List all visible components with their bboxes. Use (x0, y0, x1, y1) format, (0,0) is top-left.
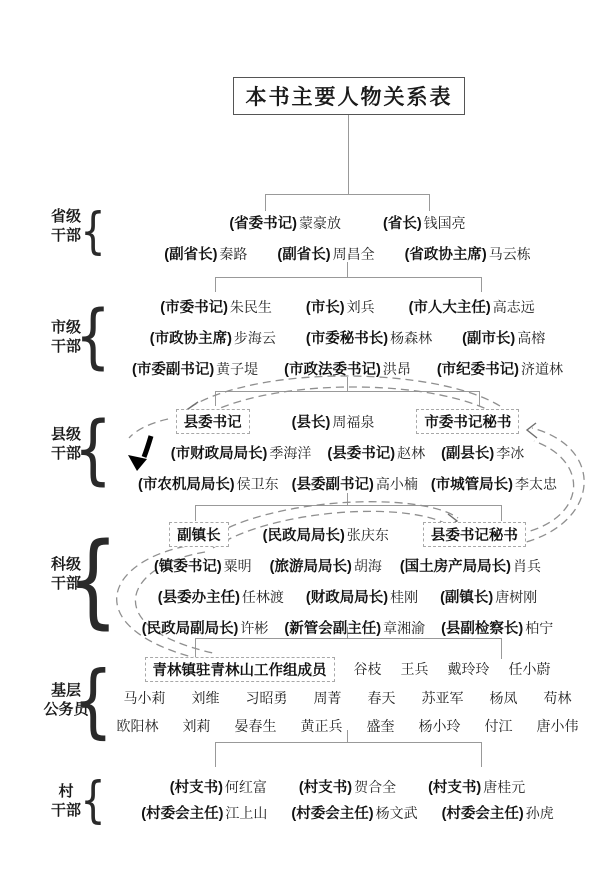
person-name: 章湘渝 (381, 618, 425, 638)
people-row: (副省长)秦路 (副省长)周昌全 (省政协主席)马云栋 (110, 242, 585, 264)
person: (市城管局长)李太忠 (431, 473, 557, 494)
person-role: (市委副书记) (132, 358, 214, 379)
person-name: 济道林 (519, 359, 563, 379)
person: (市委秘书长)杨森林 (306, 327, 432, 348)
people-row: (县委办主任)任林渡 (财政局局长)桂刚 (副镇长)唐树刚 (110, 585, 585, 607)
person-name: 唐小伟 (537, 716, 579, 736)
person-name: 贺合全 (352, 777, 396, 797)
people-row: 青林镇驻青林山工作组成员 谷枝 王兵 戴玲玲 任小蔚 (110, 656, 585, 682)
person: (县委副书记)高小楠 (292, 473, 418, 494)
person-name: 戴玲玲 (448, 659, 490, 679)
person-role: (市人大主任) (409, 296, 491, 317)
connector-line (347, 262, 348, 277)
person-role: (村委会主任) (141, 802, 223, 823)
person-role: (副镇长) (440, 586, 493, 607)
person: (县委办主任)任林渡 (158, 586, 284, 607)
person: (民政局副局长)许彬 (142, 617, 269, 638)
person: (市政法委书记)洪昂 (284, 358, 411, 379)
person: (副县长)李冰 (441, 442, 524, 463)
person: (市长)刘兵 (306, 296, 375, 317)
person-role: (村委会主任) (442, 802, 524, 823)
person-name: 唐桂元 (481, 777, 525, 797)
person: (副省长)周昌全 (277, 243, 374, 264)
person-role: (市城管局长) (431, 473, 513, 494)
person: (省长)钱国亮 (383, 212, 466, 233)
people-row: (市委书记)朱民生 (市长)刘兵 (市人大主任)高志远 (110, 295, 585, 317)
person-name: 高小楠 (374, 474, 418, 494)
person: (村支书)贺合全 (299, 776, 396, 797)
person: (副市长)高榕 (462, 327, 545, 348)
person-name: 周福泉 (330, 412, 374, 432)
person-role: (市政协主席) (150, 327, 232, 348)
person-role: (镇委书记) (154, 555, 222, 576)
person-role: (县长) (292, 411, 331, 432)
people-row: 副镇长 (民政局局长)张庆东 县委书记秘书 (110, 521, 585, 547)
person-name: 江上山 (223, 803, 267, 823)
person-name: 付江 (485, 716, 513, 736)
person-role: (市纪委书记) (437, 358, 519, 379)
person-role: (市委书记) (160, 296, 228, 317)
person: (市人大主任)高志远 (409, 296, 535, 317)
person-name: 杨小玲 (419, 716, 461, 736)
person: (市委书记)朱民生 (160, 296, 272, 317)
person-name: 欧阳林 (117, 716, 159, 736)
person: (县长)周福泉 (292, 411, 375, 432)
people-row: (民政局副局长)许彬 (新管会副主任)章湘渝 (县副检察长)柏宁 (110, 616, 585, 638)
person-name: 王兵 (401, 659, 429, 679)
person-name: 杨森林 (388, 328, 432, 348)
connector-line (348, 113, 349, 194)
connector-line (347, 377, 348, 391)
person-name: 杨文武 (374, 803, 418, 823)
person-role: (财政局局长) (306, 586, 388, 607)
person: (旅游局局长)胡海 (270, 555, 382, 576)
person-role: (村支书) (299, 776, 352, 797)
level-brace: { (83, 770, 104, 830)
person-name: 张庆东 (345, 525, 389, 545)
person-role: (县委办主任) (158, 586, 240, 607)
person: (县委书记)赵林 (327, 442, 425, 463)
person-name: 杨凤 (490, 688, 518, 708)
person-role: (县委副书记) (292, 473, 374, 494)
person-name: 桂刚 (388, 587, 418, 607)
person: (村委会主任)杨文武 (291, 802, 417, 823)
person-name: 任林渡 (240, 587, 284, 607)
person-name: 唐树刚 (493, 587, 537, 607)
connector-bracket (265, 194, 430, 211)
person-name: 盛奎 (367, 716, 395, 736)
person-role: (市农机局局长) (138, 473, 235, 494)
person: (省委书记)蒙豪放 (229, 212, 341, 233)
person: (国土房产局局长)肖兵 (400, 555, 541, 576)
connector-bracket (215, 391, 480, 406)
book-character-chart-page: 本书主要人物关系表 省级干部 { 市级干部 { 县级干部 { 科级干部 { 基层… (0, 0, 605, 889)
person-name: 朱民生 (228, 297, 272, 317)
person-role: (省委书记) (229, 212, 297, 233)
person: (市纪委书记)济道林 (437, 358, 563, 379)
dashed-position-box: 市委书记秘书 (416, 409, 519, 434)
person-name: 李太忠 (513, 474, 557, 494)
person-name: 春天 (368, 688, 396, 708)
person-name: 何红富 (223, 777, 267, 797)
person-name: 黄子堤 (214, 359, 258, 379)
person-name: 粟明 (222, 556, 252, 576)
person: (市政协主席)步海云 (150, 327, 276, 348)
connector-bracket (215, 742, 482, 767)
person: (村支书)何红富 (170, 776, 267, 797)
people-row: (省委书记)蒙豪放 (省长)钱国亮 (110, 211, 585, 233)
person-name: 许彬 (238, 618, 268, 638)
level-brace: { (83, 652, 104, 748)
person-role: (旅游局局长) (270, 555, 352, 576)
person-name: 洪昂 (381, 359, 411, 379)
person-name: 苟林 (544, 688, 572, 708)
connector-line (347, 493, 348, 505)
person-name: 任小蔚 (509, 659, 551, 679)
level-brace: { (83, 294, 104, 378)
person-role: (民政局副局长) (142, 617, 239, 638)
person-role: (村支书) (428, 776, 481, 797)
person-role: (副县长) (441, 442, 494, 463)
person-name: 胡海 (352, 556, 382, 576)
person-role: (副省长) (164, 243, 217, 264)
person-name: 高志远 (491, 297, 535, 317)
person-role: (民政局局长) (263, 524, 345, 545)
people-row: (市财政局局长)季海洋 (县委书记)赵林 (副县长)李冰 (110, 441, 585, 463)
person-name: 肖兵 (511, 556, 541, 576)
person: (新管会副主任)章湘渝 (284, 617, 425, 638)
person-role: (新管会副主任) (284, 617, 381, 638)
person-role: (县委书记) (327, 442, 395, 463)
person-name: 钱国亮 (422, 213, 466, 233)
person-role: (县副检察长) (441, 617, 523, 638)
connector-bracket (195, 505, 502, 521)
people-row: (市委副书记)黄子堤 (市政法委书记)洪昂 (市纪委书记)济道林 (110, 357, 585, 379)
level-brace: { (83, 518, 104, 642)
people-row: (市政协主席)步海云 (市委秘书长)杨森林 (副市长)高榕 (110, 326, 585, 348)
person-name: 刘兵 (345, 297, 375, 317)
person-name: 马云栋 (487, 244, 531, 264)
person: (村委会主任)孙虎 (442, 802, 554, 823)
person-role: (国土房产局局长) (400, 555, 511, 576)
person: (县副检察长)柏宁 (441, 617, 553, 638)
person-name: 李冰 (494, 443, 524, 463)
person-name: 蒙豪放 (297, 213, 341, 233)
person-role: (村委会主任) (291, 802, 373, 823)
people-row: (村支书)何红富 (村支书)贺合全 (村支书)唐桂元 (110, 775, 585, 797)
person-name: 周昌全 (331, 244, 375, 264)
person-name: 侯卫东 (235, 474, 279, 494)
person-name: 柏宁 (523, 618, 553, 638)
person-name: 晏春生 (235, 716, 277, 736)
person: (副省长)秦路 (164, 243, 247, 264)
person-name: 孙虎 (524, 803, 554, 823)
person-role: (副省长) (277, 243, 330, 264)
person-name: 秦路 (217, 244, 247, 264)
person-role: (市长) (306, 296, 345, 317)
person-name: 高榕 (515, 328, 545, 348)
person-name: 黄正兵 (301, 716, 343, 736)
person-role: (市委秘书长) (306, 327, 388, 348)
person-name: 马小莉 (124, 688, 166, 708)
person: (市委副书记)黄子堤 (132, 358, 258, 379)
chart-title: 本书主要人物关系表 (233, 77, 465, 115)
person-name: 苏亚军 (422, 688, 464, 708)
person-name: 习昭勇 (246, 688, 288, 708)
person: (镇委书记)粟明 (154, 555, 252, 576)
person-name: 步海云 (232, 328, 276, 348)
person: (省政协主席)马云栋 (405, 243, 531, 264)
people-row: 马小莉 刘维 习昭勇 周菁 春天 苏亚军 杨凤 苟林 (110, 687, 585, 709)
level-brace: { (83, 202, 104, 260)
person: (村委会主任)江上山 (141, 802, 267, 823)
people-row: 欧阳林 刘莉 晏春生 黄正兵 盛奎 杨小玲 付江 唐小伟 (110, 715, 585, 737)
person-name: 刘莉 (183, 716, 211, 736)
person: (村支书)唐桂元 (428, 776, 525, 797)
person-role: (省政协主席) (405, 243, 487, 264)
person: (副镇长)唐树刚 (440, 586, 537, 607)
people-row: (村委会主任)江上山 (村委会主任)杨文武 (村委会主任)孙虎 (110, 801, 585, 823)
person-role: (村支书) (170, 776, 223, 797)
person-name: 刘维 (192, 688, 220, 708)
dashed-position-box: 青林镇驻青林山工作组成员 (145, 657, 335, 682)
dashed-position-box: 县委书记秘书 (423, 522, 526, 547)
level-brace: { (83, 402, 104, 494)
person-role: (省长) (383, 212, 422, 233)
person-role: (副市长) (462, 327, 515, 348)
people-row: (镇委书记)粟明 (旅游局局长)胡海 (国土房产局局长)肖兵 (110, 554, 585, 576)
person-name: 赵林 (395, 443, 425, 463)
people-row: 县委书记 (县长)周福泉 市委书记秘书 (110, 408, 585, 434)
dashed-position-box: 县委书记 (176, 409, 250, 434)
person-role: (市政法委书记) (284, 358, 381, 379)
person: (财政局局长)桂刚 (306, 586, 418, 607)
person: (市财政局局长)季海洋 (171, 442, 312, 463)
person-name: 谷枝 (354, 659, 382, 679)
person-name: 周菁 (314, 688, 342, 708)
person-role: (市财政局局长) (171, 442, 268, 463)
person-name: 季海洋 (267, 443, 311, 463)
dashed-position-box: 副镇长 (169, 522, 229, 547)
person: (市农机局局长)侯卫东 (138, 473, 279, 494)
connector-bracket (215, 277, 482, 292)
people-row: (市农机局局长)侯卫东 (县委副书记)高小楠 (市城管局长)李太忠 (110, 472, 585, 494)
person: (民政局局长)张庆东 (263, 524, 389, 545)
